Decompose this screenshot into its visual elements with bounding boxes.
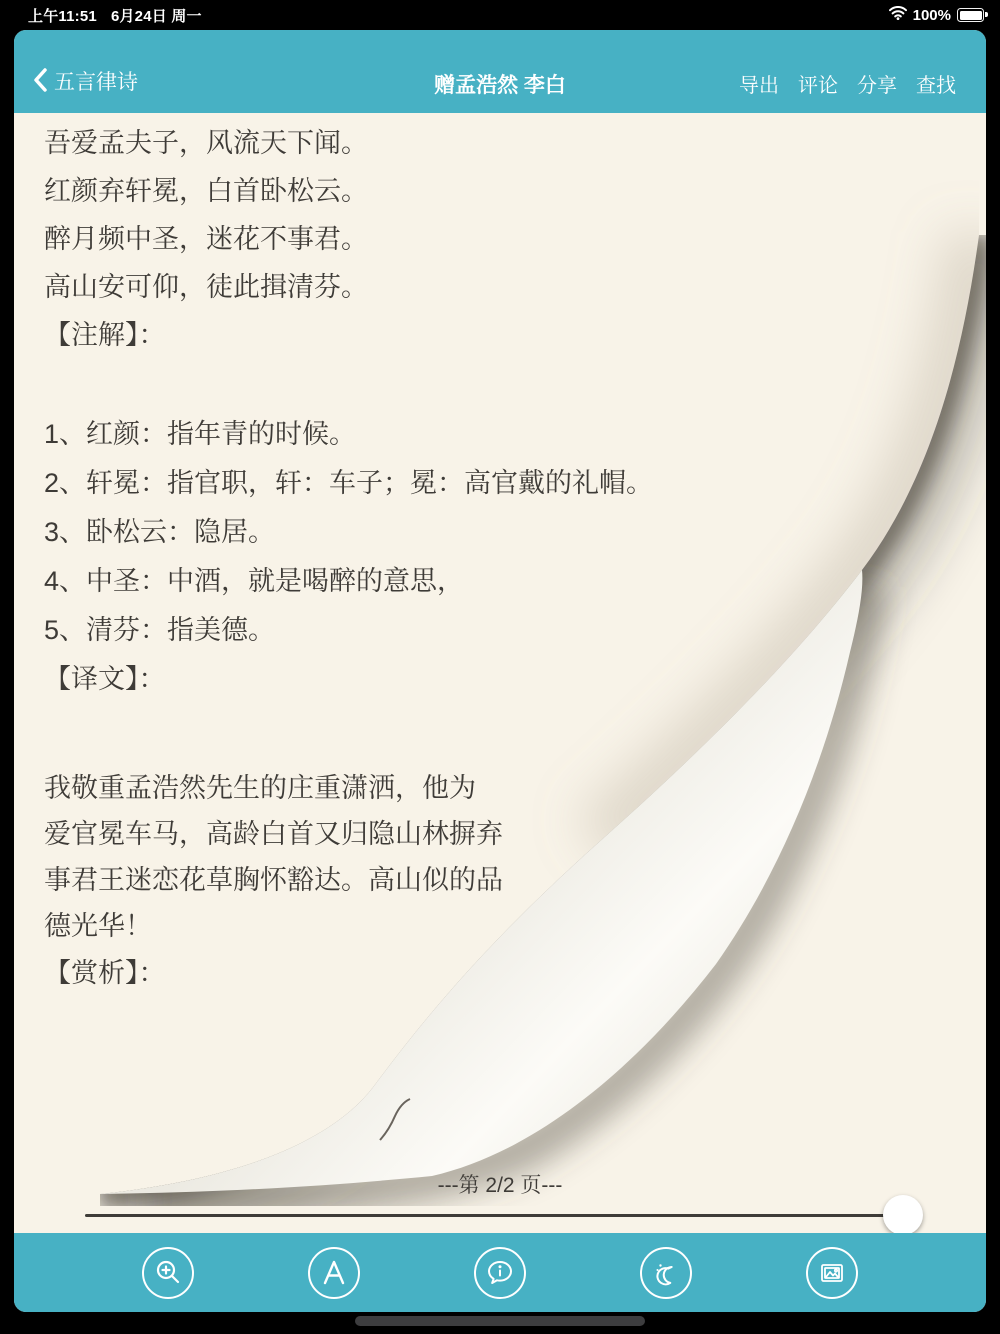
page-indicator: ---第 2/2 页--- (14, 1169, 986, 1199)
battery-icon (957, 8, 984, 22)
status-bar: 上午11:51 6月24日 周一 100% (0, 0, 1000, 30)
note-line: 5、清芬：指美德。 (44, 606, 956, 655)
reading-page: 吾爱孟夫子，风流天下闻。 红颜弃轩冕，白首卧松云。 醉月频中圣，迷花不事君。 高… (14, 113, 986, 1233)
translation-line: 我敬重孟浩然先生的庄重潇洒，他为 (44, 765, 956, 811)
bottom-toolbar (14, 1233, 986, 1312)
poem-line: 吾爱孟夫子，风流天下闻。 (44, 119, 956, 167)
translation-header: 【译文】： (44, 655, 956, 703)
background-image-icon (817, 1258, 847, 1288)
notes-header: 【注解】： (44, 311, 956, 359)
ipad-screen: 上午11:51 6月24日 周一 100% (0, 0, 1000, 1334)
note-line: 1、红颜：指年青的时候。 (44, 410, 956, 459)
note-line: 2、轩冕：指官职，轩：车子；冕：高官戴的礼帽。 (44, 459, 956, 508)
zoom-button[interactable] (142, 1247, 194, 1299)
nav-bar: 五言律诗 赠孟浩然 李白 导出 评论 分享 查找 (14, 30, 986, 113)
status-time: 上午11:51 (28, 5, 97, 26)
night-mode-button[interactable] (640, 1247, 692, 1299)
notes-block: 1、红颜：指年青的时候。 2、轩冕：指官职，轩：车子；冕：高官戴的礼帽。 3、卧… (44, 410, 956, 655)
page-slider-track[interactable] (85, 1214, 915, 1217)
info-bubble-icon (485, 1258, 515, 1288)
night-mode-icon (651, 1258, 681, 1288)
translation-block: 我敬重孟浩然先生的庄重潇洒，他为 爱官冕车马，高龄白首又归隐山林摒弃 事君王迷恋… (44, 765, 956, 949)
note-line: 4、中圣：中酒，就是喝醉的意思， (44, 557, 956, 606)
magnifier-plus-icon (153, 1258, 183, 1288)
status-left: 上午11:51 6月24日 周一 (0, 5, 202, 26)
status-date: 6月24日 周一 (111, 5, 202, 26)
battery-percent: 100% (913, 7, 951, 24)
background-image-button[interactable] (806, 1247, 858, 1299)
analysis-header: 【赏析】： (44, 949, 956, 997)
reader-card: 五言律诗 赠孟浩然 李白 导出 评论 分享 查找 吾爱孟夫子，风流天下闻。 红颜… (14, 30, 986, 1312)
home-indicator[interactable] (355, 1316, 645, 1326)
note-line: 3、卧松云：隐居。 (44, 508, 956, 557)
translation-line: 事君王迷恋花草胸怀豁达。高山似的品 (44, 857, 956, 903)
font-size-button[interactable] (308, 1247, 360, 1299)
status-right: 100% (889, 6, 1000, 24)
poem-block: 吾爱孟夫子，风流天下闻。 红颜弃轩冕，白首卧松云。 醉月频中圣，迷花不事君。 高… (44, 119, 956, 311)
home-strip (0, 1312, 1000, 1334)
translation-line: 德光华！ (44, 903, 956, 949)
font-size-icon (319, 1258, 349, 1288)
poem-line: 红颜弃轩冕，白首卧松云。 (44, 167, 956, 215)
info-button[interactable] (474, 1247, 526, 1299)
poem-line: 高山安可仰，徒此揖清芬。 (44, 263, 956, 311)
page-slider-knob[interactable] (883, 1195, 923, 1233)
poem-line: 醉月频中圣，迷花不事君。 (44, 215, 956, 263)
page-title: 赠孟浩然 李白 (14, 74, 986, 98)
wifi-icon (889, 6, 907, 24)
translation-line: 爱官冕车马，高龄白首又归隐山林摒弃 (44, 811, 956, 857)
